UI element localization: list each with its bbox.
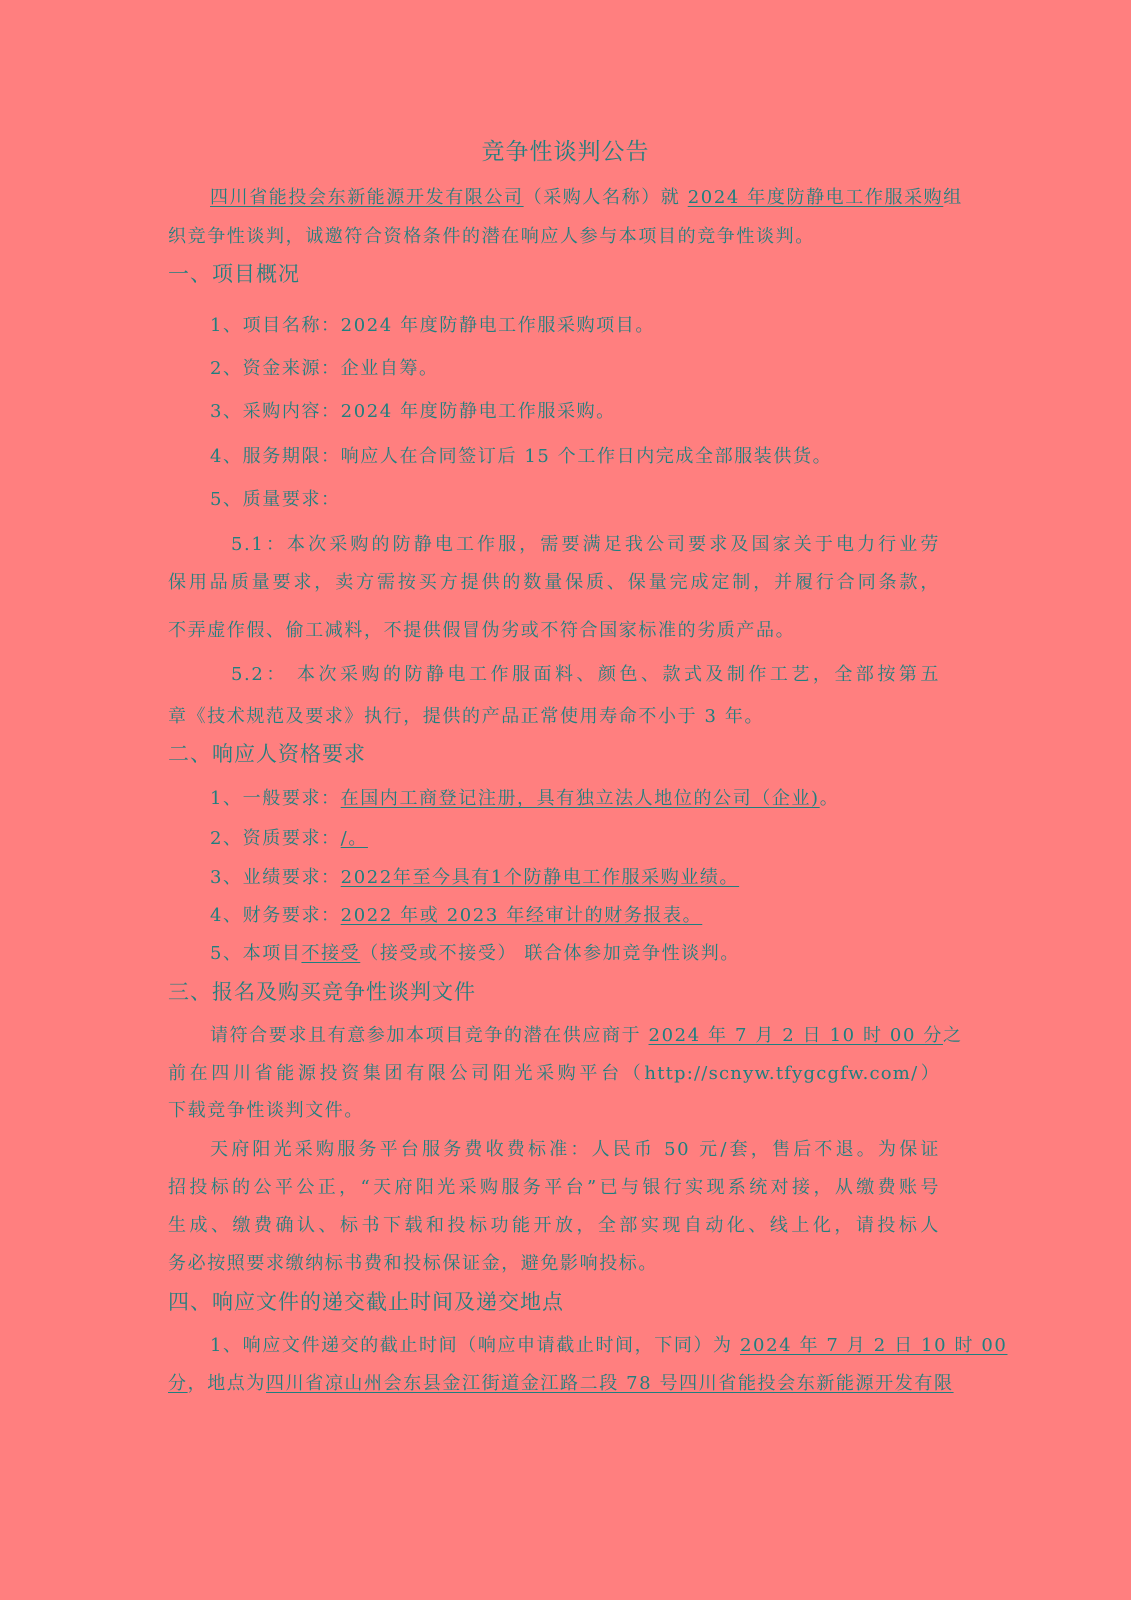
- list-item: 3、采购内容：2024 年度防静电工作服采购。: [168, 401, 982, 423]
- quality-5-1-line: 保用品质量要求，卖方需按买方提供的数量保质、保量完成定制，并履行合同条款，: [168, 572, 940, 594]
- intro-line-2: 织竞争性谈判，诚邀符合资格条件的潜在响应人参与本项目的竞争性谈判。: [168, 226, 940, 248]
- deadline-date: 2024 年 7 月 2 日 10 时 00 分: [649, 1025, 943, 1046]
- list-item: 4、服务期限：响应人在合同签订后 15 个工作日内完成全部服装供货。: [168, 446, 982, 468]
- quality-5-2-line: 章《技术规范及要求》执行，提供的产品正常使用寿命不小于 3 年。: [168, 706, 940, 728]
- list-item: 2、资金来源：企业自筹。: [168, 358, 982, 380]
- list-item: 5、本项目不接受（接受或不接受） 联合体参加竞争性谈判。: [168, 943, 982, 965]
- list-item: 1、项目名称：2024 年度防静电工作服采购项目。: [168, 315, 982, 337]
- section-heading-3: 三、报名及购买竞争性谈判文件: [168, 981, 940, 1003]
- page-title: 竞争性谈判公告: [0, 138, 1131, 166]
- paragraph-line: 天府阳光采购服务平台服务费收费标准：人民币 50 元/套，售后不退。为保证: [168, 1139, 940, 1161]
- paragraph-line: 1、响应文件递交的截止时间（响应申请截止时间，下同）为 2024 年 7 月 2…: [168, 1335, 940, 1357]
- platform-url-line: 前在四川省能源投资集团有限公司阳光采购平台（http://scnyw.tfygc…: [168, 1063, 940, 1085]
- list-item: 2、资质要求：/。: [168, 828, 982, 850]
- list-item: 5、质量要求：: [168, 489, 982, 511]
- quality-5-2-line: 5.2： 本次采购的防静电工作服面料、颜色、款式及制作工艺，全部按第五: [168, 664, 940, 686]
- project-name: 2024 年度防静电工作服采购: [688, 187, 944, 208]
- deadline-date: 2024 年 7 月 2 日 10 时 00: [740, 1335, 1008, 1356]
- purchaser-name: 四川省能投会东新能源开发有限公司: [210, 187, 524, 208]
- paragraph-line: 请符合要求且有意参加本项目竞争的潜在供应商于 2024 年 7 月 2 日 10…: [168, 1025, 940, 1047]
- list-item: 3、业绩要求：2022年至今具有1个防静电工作服采购业绩。: [168, 867, 982, 889]
- list-item: 1、一般要求：在国内工商登记注册，具有独立法人地位的公司（企业)。: [168, 788, 982, 810]
- paragraph-line: 分，地点为四川省凉山州会东县金江街道金江路二段 78 号四川省能投会东新能源开发…: [168, 1373, 940, 1395]
- submission-address: 四川省凉山州会东县金江街道金江路二段 78 号四川省能投会东新能源开发有限: [266, 1373, 954, 1394]
- paragraph-line: 招投标的公平公正，“天府阳光采购服务平台”已与银行实现系统对接，从缴费账号: [168, 1177, 940, 1199]
- section-heading-4: 四、响应文件的递交截止时间及递交地点: [168, 1291, 940, 1313]
- paragraph-line: 生成、缴费确认、标书下载和投标功能开放，全部实现自动化、线上化，请投标人: [168, 1215, 940, 1237]
- quality-5-1-line: 不弄虚作假、偷工减料，不提供假冒伪劣或不符合国家标准的劣质产品。: [168, 620, 940, 642]
- section-heading-1: 一、项目概况: [168, 263, 940, 285]
- intro-line-1: 四川省能投会东新能源开发有限公司（采购人名称）就 2024 年度防静电工作服采购…: [168, 187, 940, 209]
- quality-5-1-line: 5.1：本次采购的防静电工作服，需要满足我公司要求及国家关于电力行业劳: [168, 534, 940, 556]
- list-item: 4、财务要求：2022 年或 2023 年经审计的财务报表。: [168, 905, 982, 927]
- paragraph-line: 务必按照要求缴纳标书费和投标保证金，避免影响投标。: [168, 1253, 940, 1275]
- section-heading-2: 二、响应人资格要求: [168, 743, 940, 765]
- paragraph-line: 下载竞争性谈判文件。: [168, 1100, 940, 1122]
